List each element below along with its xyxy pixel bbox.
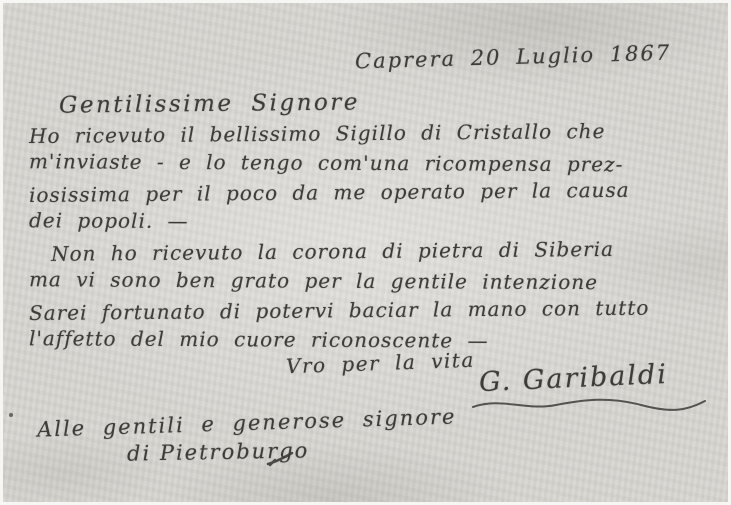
body-line: dei popoli. — [29,206,719,239]
signature-flourish-icon [471,395,707,417]
body-line: ma vi sono ben grato per la gentile inte… [29,265,719,298]
body-line: Ho ricevuto il bellissimo Sigillo di Cri… [29,116,719,152]
salutation: Gentilissime Signore [59,89,360,118]
body-line: m'inviaste - e lo tengo com'una ricompen… [29,147,719,180]
ink-dot [9,413,13,417]
body-line: Non ho ricevuto la corona di pietra di S… [29,234,719,270]
pen-stroke-mark [265,451,295,471]
body-line: iosissima per il poco da me operato per … [29,175,719,211]
body-line: Sarei fortunato di potervi baciar la man… [29,293,719,329]
letter-body: Ho ricevuto il bellissimo Sigillo di Cri… [29,119,719,355]
letter-scan: Caprera 20 Luglio 1867 Gentilissime Sign… [0,0,731,505]
